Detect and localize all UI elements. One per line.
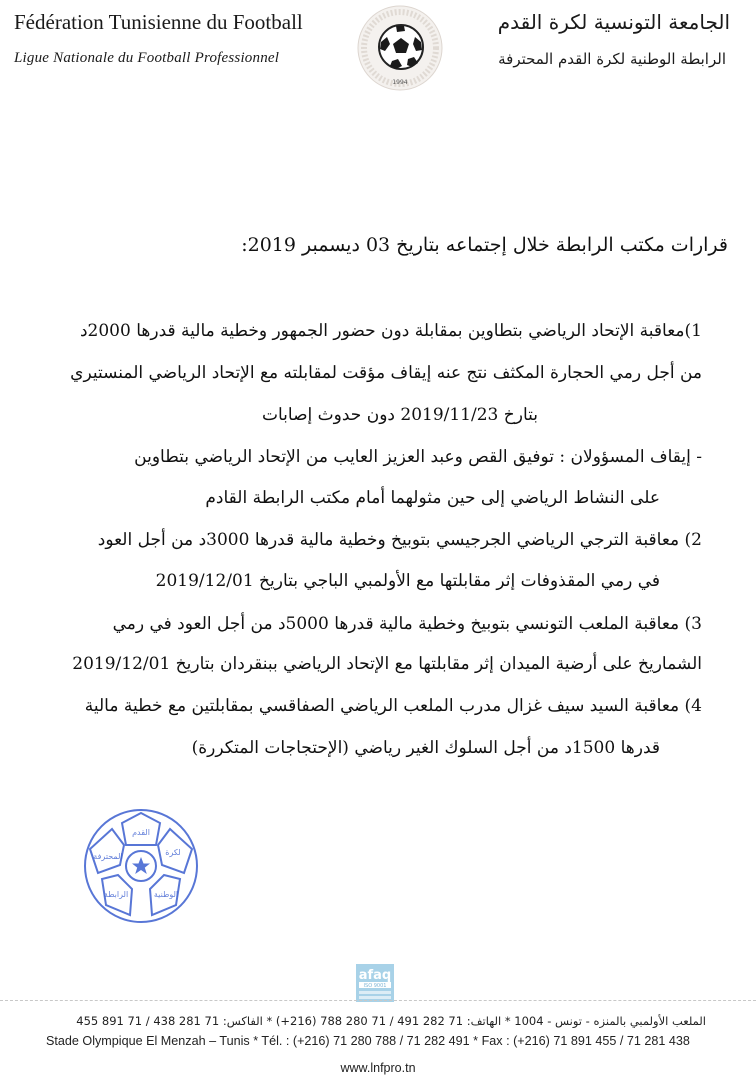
header-fr-subtitle: Ligue Nationale du Football Professionne… bbox=[14, 50, 279, 67]
afaq-certification-badge: afaq ISO 9001 bbox=[350, 964, 400, 1004]
svg-text:الوطنية: الوطنية bbox=[154, 890, 178, 899]
svg-text:afaq: afaq bbox=[359, 968, 392, 983]
svg-text:القدم: القدم bbox=[132, 828, 150, 837]
decision-line: قدرها 1500د من أجل السلوك الغير رياضي (ا… bbox=[192, 738, 660, 758]
afaq-iso-certification-icon: afaq ISO 9001 bbox=[350, 964, 400, 1004]
official-stamp: القدم المحترفة لكرة الوطنية الرابطة bbox=[80, 805, 202, 927]
decision-line: - إيقاف المسؤولان : توفيق القص وعبد العز… bbox=[134, 447, 702, 467]
svg-text:المحترفة: المحترفة bbox=[93, 852, 122, 861]
svg-text:ISO 9001: ISO 9001 bbox=[364, 983, 387, 989]
soccer-ball-emblem-icon: 1994 bbox=[352, 4, 448, 92]
footer-address-fr: Stade Olympique El Menzah – Tunis * Tél.… bbox=[46, 1034, 690, 1048]
decision-line: على النشاط الرياضي إلى حين مثولهما أمام … bbox=[205, 488, 660, 508]
decision-line: 3) معاقبة الملعب التونسي بتوبيخ وخطية ما… bbox=[113, 614, 702, 634]
header-ar-subtitle: الرابطة الوطنية لكرة القدم المحترفة bbox=[498, 50, 726, 68]
footer-divider bbox=[0, 1000, 756, 1001]
document-heading: قرارات مكتب الرابطة خلال إجتماعه بتاريخ … bbox=[241, 234, 728, 256]
footer-website-link[interactable]: www.lnfpro.tn bbox=[0, 1061, 756, 1075]
header-fr-title: Fédération Tunisienne du Football bbox=[14, 10, 303, 35]
official-stamp-icon: القدم المحترفة لكرة الوطنية الرابطة bbox=[80, 805, 202, 927]
decision-line: 4) معاقبة السيد سيف غزال مدرب الملعب الر… bbox=[85, 696, 702, 716]
decision-line: الشماريخ على أرضية الميدان إثر مقابلتها … bbox=[72, 654, 702, 674]
decision-line: بتارخ 2019/11/23 دون حدوث إصابات bbox=[262, 405, 538, 425]
header-ar-title: الجامعة التونسية لكرة القدم bbox=[498, 10, 730, 34]
svg-text:لكرة: لكرة bbox=[165, 848, 180, 857]
decision-line: 1)معاقبة الإتحاد الرياضي بتطاوين بمقابلة… bbox=[80, 321, 702, 341]
league-logo: 1994 bbox=[352, 4, 448, 92]
svg-text:1994: 1994 bbox=[392, 79, 407, 86]
footer-address-ar: الملعب الأولمبي بالمنزه - تونس - 1004 * … bbox=[76, 1014, 706, 1028]
decision-line: 2) معاقبة الترجي الرياضي الجرجيسي بتوبيخ… bbox=[98, 530, 702, 550]
decision-line: من أجل رمي الحجارة المكثف نتج عنه إيقاف … bbox=[70, 363, 702, 383]
svg-text:الرابطة: الرابطة bbox=[104, 890, 128, 899]
decision-line: في رمي المقذوفات إثر مقابلتها مع الأولمب… bbox=[156, 571, 660, 591]
